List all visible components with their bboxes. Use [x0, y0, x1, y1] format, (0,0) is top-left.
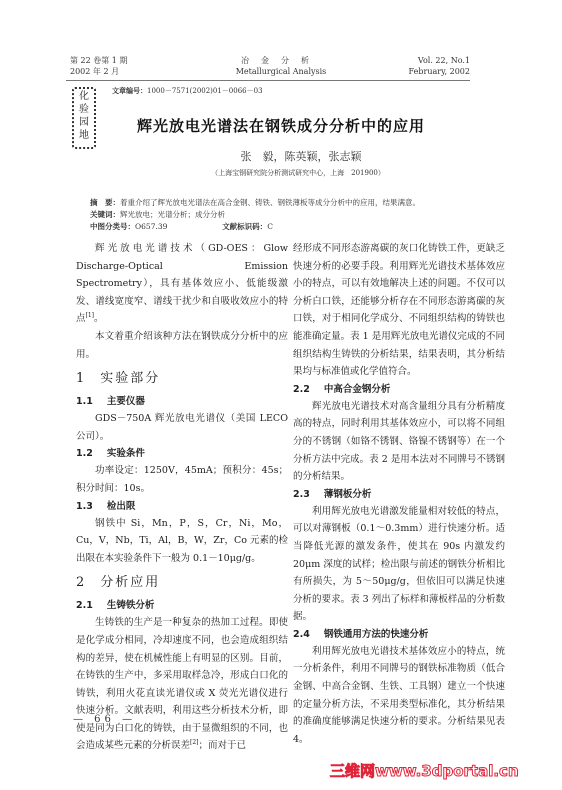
header-rule: [66, 80, 470, 81]
subsection-number: 2.4: [293, 629, 310, 640]
right-column: 经形成不同形态游离碳的灰口化铸铁工件，更缺乏快速分析的必要手段。利用辉光光谱技术…: [293, 240, 505, 748]
paragraph: 辉光放电光谱技术对高含量组分具有分析精度高的特点，同时利用其基体效应小，可以将不…: [293, 398, 505, 486]
subsection-heading: 2.1生铸铁分析: [76, 597, 288, 614]
article-number-value: 1000－7571(2002)01－0066－03: [147, 87, 263, 95]
paragraph: 利用辉光放电光谱激发能量相对较低的特点，可以对薄钢板（0.1～0.3mm）进行快…: [293, 503, 505, 626]
article-number: 文章编号：1000－7571(2002)01－0066－03: [112, 86, 263, 96]
subsection-heading: 2.2中高合金钢分析: [293, 381, 505, 398]
page-number: — 66 —: [73, 714, 136, 725]
doc-code-label: 文献标识码：: [222, 222, 267, 231]
subsection-heading: 1.2实验条件: [76, 445, 288, 462]
section-heading: 1实验部分: [76, 369, 288, 389]
text-run: ；而对于已: [199, 740, 247, 751]
paragraph: 钢铁中 Si，Mn，P，S，Cr，Ni，Mo，Cu，V，Nb，Ti，Al，B，W…: [76, 515, 288, 568]
stamp-char: 化: [74, 90, 94, 103]
citation: [1]: [86, 312, 95, 319]
keywords-label: 关键词：: [90, 210, 120, 219]
subsection-number: 2.1: [76, 600, 93, 611]
section-title: 分析应用: [100, 575, 160, 590]
authors: 张 毅，陈英颖，张志颖: [0, 148, 562, 164]
subsection-title: 主要仪器: [107, 396, 145, 407]
section-number: 1: [76, 371, 86, 386]
classification: 中图分类号：O657.39 文献标识码：C: [90, 221, 273, 232]
affiliation: （上海宝钢研究院分析测试研究中心，上海 201900）: [0, 168, 562, 178]
subsection-number: 1.2: [76, 448, 93, 459]
subsection-title: 检出限: [107, 501, 136, 512]
section-title: 实验部分: [100, 371, 160, 386]
intro-paragraph: 辉光放电光谱技术（GD-OES：Glow Discharge-Optical E…: [76, 240, 288, 328]
intro-paragraph: 本文着重介绍该种方法在钢铁成分分析中的应用。: [76, 328, 288, 363]
article-number-label: 文章编号：: [112, 87, 147, 95]
journal-name-cn: 冶金分析: [0, 55, 562, 66]
clc-value: O657.39: [135, 222, 167, 231]
subsection-number: 2.3: [293, 489, 310, 500]
abstract: 摘 要：着重介绍了辉光放电光谱法在高合金钢、铸铁、钢铁薄板等成分分析中的应用，结…: [90, 197, 420, 208]
subsection-title: 薄钢板分析: [324, 489, 372, 500]
volume-number-en: Vol. 22, No.1: [409, 55, 470, 66]
paragraph: 功率设定：1250V，45mA；预积分：45s；积分时间：10s。: [76, 462, 288, 497]
section-number: 2: [76, 575, 86, 590]
text-run: 。: [94, 313, 104, 324]
subsection-title: 生铸铁分析: [107, 600, 155, 611]
paper-title: 辉光放电光谱法在钢铁成分分析中的应用: [0, 115, 562, 136]
clc-label: 中图分类号：: [90, 222, 135, 231]
subsection-number: 1.1: [76, 396, 93, 407]
keywords: 关键词：辉光放电；光谱分析；成分分析: [90, 209, 225, 220]
citation: [2]: [190, 739, 199, 746]
paragraph: 利用辉光放电光谱技术基体效应小的特点，统一分析条件，利用不同牌号的钢铁标准物质（…: [293, 643, 505, 749]
text-run: 辉光放电光谱技术（GD-OES：Glow Discharge-Optical E…: [76, 243, 288, 324]
running-header-center: 冶金分析 Metallurgical Analysis: [0, 55, 562, 77]
subsection-number: 1.3: [76, 501, 93, 512]
left-column: 辉光放电光谱技术（GD-OES：Glow Discharge-Optical E…: [76, 240, 288, 755]
running-header-right: Vol. 22, No.1 February, 2002: [409, 55, 470, 77]
keywords-text: 辉光放电；光谱分析；成分分析: [120, 210, 225, 219]
watermark: 三维网www.3dportal.cn: [330, 760, 519, 781]
subsection-heading: 1.1主要仪器: [76, 393, 288, 410]
doc-code-value: C: [267, 222, 273, 231]
subsection-title: 实验条件: [107, 448, 145, 459]
subsection-title: 中高合金钢分析: [324, 384, 391, 395]
subsection-heading: 1.3检出限: [76, 498, 288, 515]
section-heading: 2分析应用: [76, 573, 288, 593]
text-run: 生铸铁的生产是一种复杂的热加工过程。即使是化学成分相同，冷却速度不同，也会造成组…: [76, 617, 288, 751]
subsection-number: 2.2: [293, 384, 310, 395]
issue-date-en: February, 2002: [409, 66, 470, 77]
subsection-heading: 2.3薄钢板分析: [293, 486, 505, 503]
abstract-label: 摘 要：: [90, 198, 120, 207]
journal-name-en: Metallurgical Analysis: [0, 66, 562, 77]
paragraph: 经形成不同形态游离碳的灰口化铸铁工件，更缺乏快速分析的必要手段。利用辉光光谱技术…: [293, 240, 505, 381]
subsection-heading: 2.4钢铁通用方法的快速分析: [293, 626, 505, 643]
subsection-title: 钢铁通用方法的快速分析: [324, 629, 429, 640]
paragraph: 生铸铁的生产是一种复杂的热加工过程。即使是化学成分相同，冷却速度不同，也会造成组…: [76, 614, 288, 755]
paragraph: GDS－750A 辉光放电光谱仪（美国 LECO 公司）。: [76, 410, 288, 445]
abstract-text: 着重介绍了辉光放电光谱法在高合金钢、铸铁、钢铁薄板等成分分析中的应用，结果满意。: [120, 198, 420, 207]
